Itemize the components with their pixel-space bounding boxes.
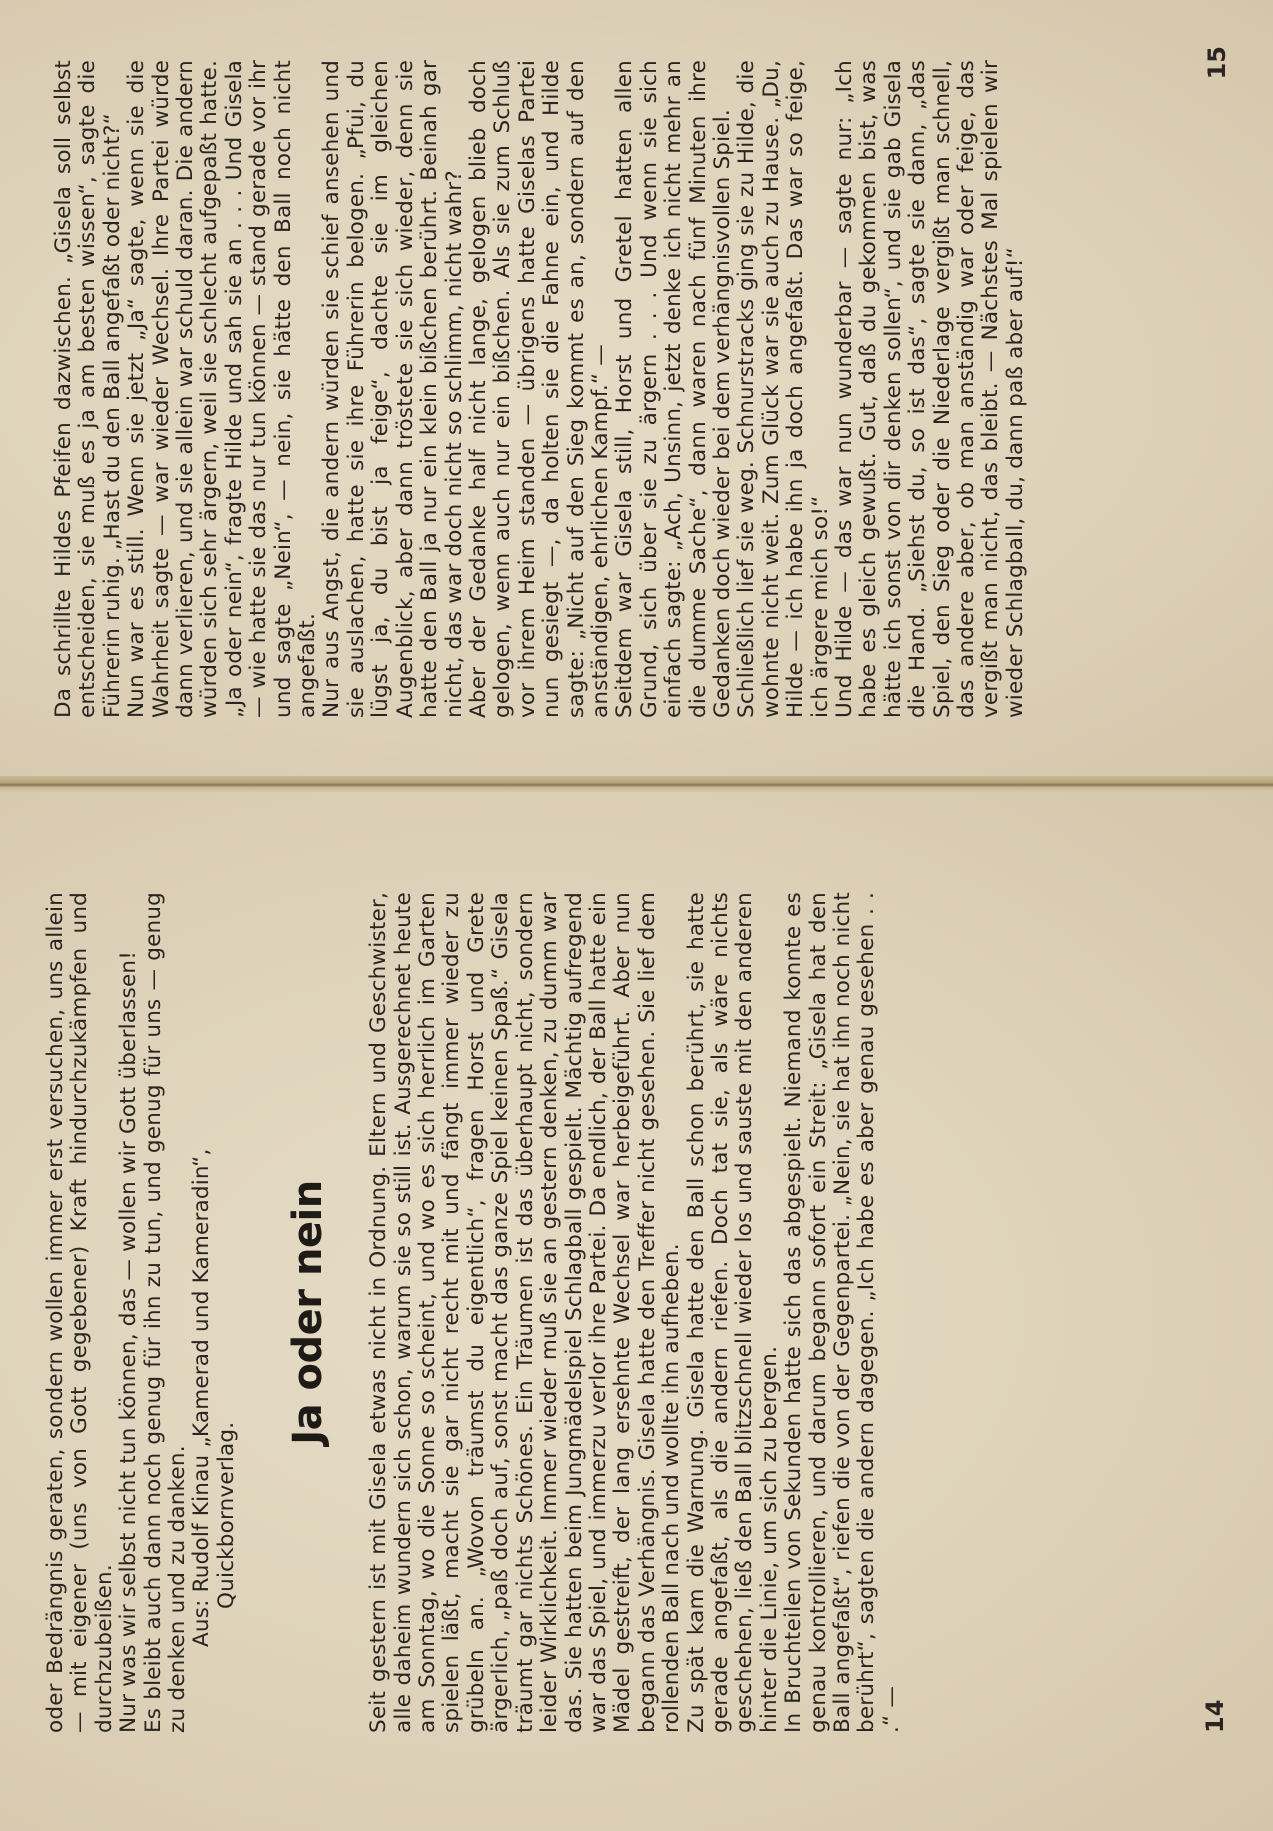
page-15-sheet: Da schrillte Hildes Pfeifen dazwischen. …	[0, 0, 1273, 778]
paragraph: Seitdem war Gisela still, Horst und Gret…	[613, 60, 735, 718]
page-number: 14	[1201, 1700, 1229, 1733]
publisher-line: Quickbornverlag.	[215, 892, 239, 1733]
page-15: Da schrillte Hildes Pfeifen dazwischen. …	[0, 0, 1273, 778]
page-number: 15	[1203, 46, 1231, 79]
page-15-body: Da schrillte Hildes Pfeifen dazwischen. …	[52, 60, 1028, 718]
paragraph: Und Hilde — das war nun wunderbar — sagt…	[833, 60, 1028, 718]
page-14-body: oder Bedrängnis geraten, sondern wollen …	[44, 892, 904, 1733]
intro-paragraph: Nur was wir selbst nicht tun können, das…	[117, 892, 141, 1733]
story-paragraph: Seit gestern ist mit Gisela etwas nicht …	[367, 892, 684, 1733]
paragraph: Schließlich lief sie weg. Schnurstracks …	[735, 60, 833, 718]
story-paragraph: In Bruchteilen von Sekunden hatte sich d…	[782, 892, 904, 1733]
closing-line: Es bleibt auch dann noch genug für ihn z…	[142, 892, 191, 1733]
source-citation: Aus: Rudolf Kinau „Kamerad und Kameradin…	[190, 892, 214, 1733]
paragraph: Nun war es still. Wenn sie jetzt „Ja“ sa…	[125, 60, 320, 718]
paragraph: Aber der Gedanke half nicht lange, gelog…	[467, 60, 613, 718]
intro-paragraph: oder Bedrängnis geraten, sondern wollen …	[44, 892, 117, 1733]
story-title: Ja oder nein	[285, 892, 331, 1733]
page-14: oder Bedrängnis geraten, sondern wollen …	[0, 792, 1273, 1831]
paragraph: Nur aus Angst, die andern würden sie sch…	[320, 60, 466, 718]
story-paragraph: Zu spät kam die Warnung. Gisela hatte de…	[685, 892, 783, 1733]
page-14-sheet: oder Bedrängnis geraten, sondern wollen …	[0, 792, 1273, 1831]
paragraph: Da schrillte Hildes Pfeifen dazwischen. …	[52, 60, 125, 718]
